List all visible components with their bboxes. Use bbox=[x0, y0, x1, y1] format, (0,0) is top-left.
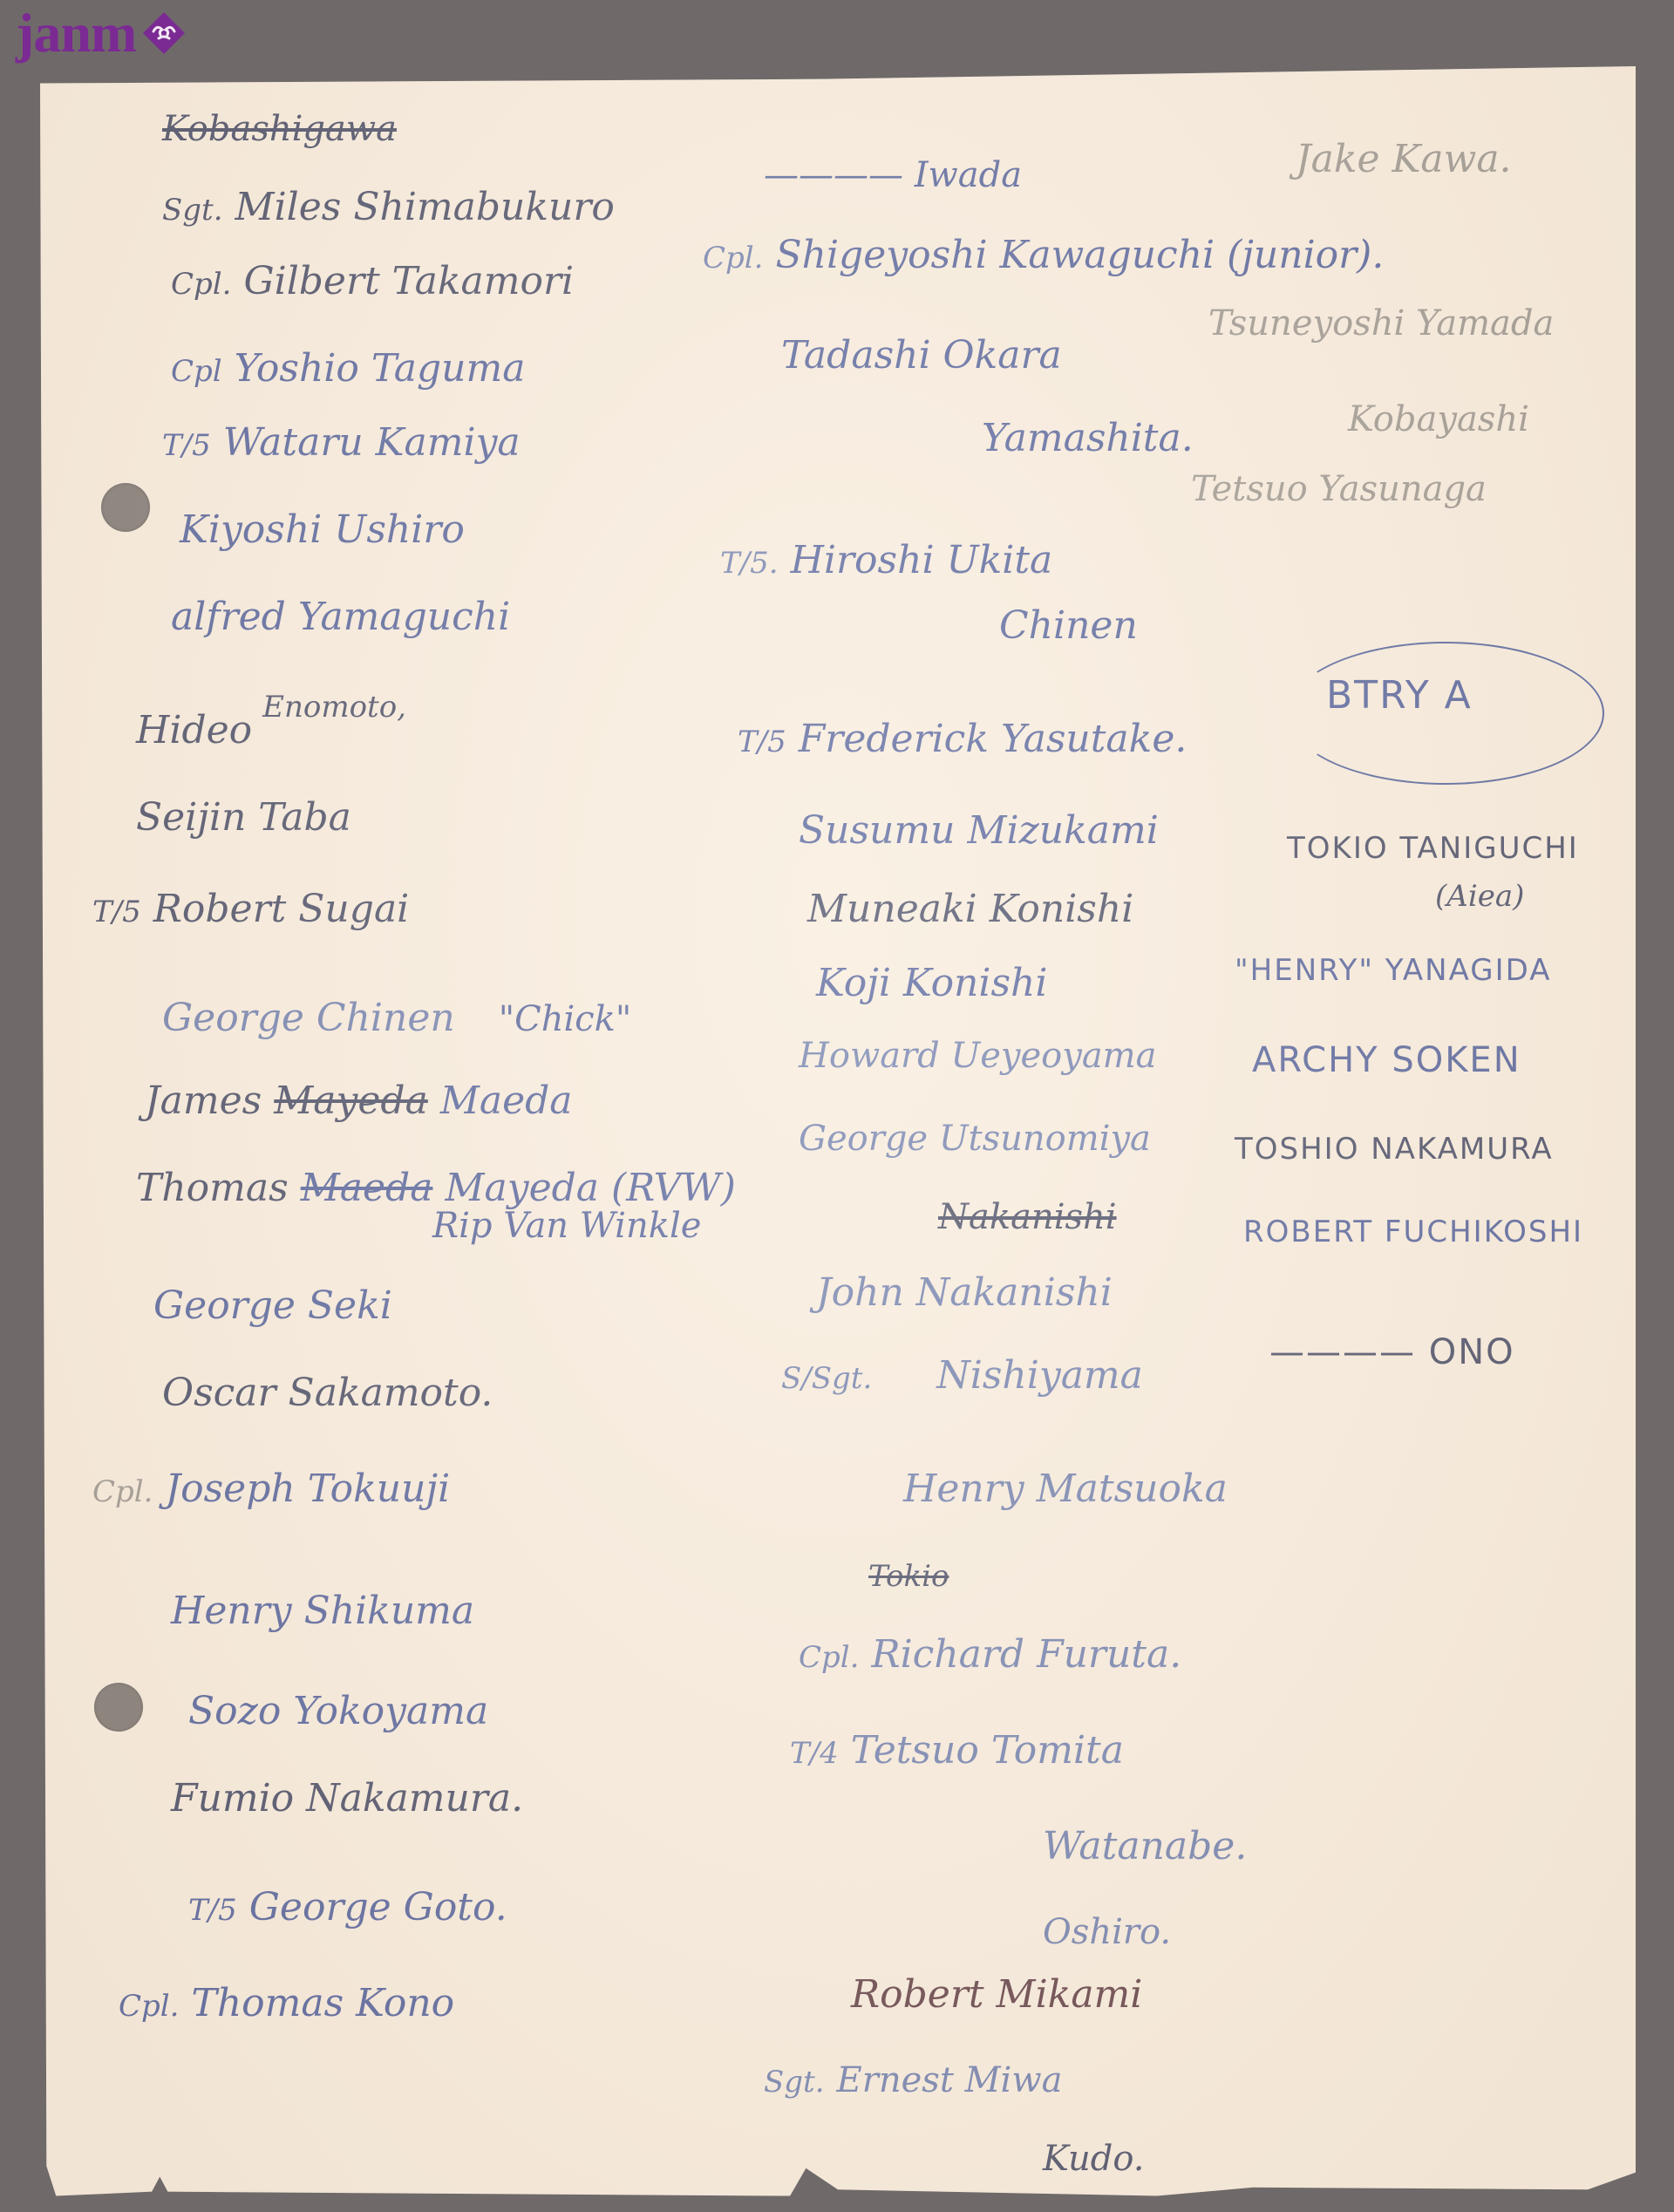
rank-text: T/5 bbox=[162, 428, 211, 463]
name-entry: TOKIO TANIGUCHI bbox=[1287, 834, 1579, 863]
name-text: Tsuneyoshi Yamada bbox=[1208, 303, 1554, 344]
rank-text: Sgt. bbox=[764, 2065, 825, 2100]
name-text: Chinen bbox=[999, 603, 1138, 648]
battery-label: BTRY A bbox=[1326, 677, 1473, 715]
name-entry: Tokio bbox=[868, 1562, 949, 1591]
name-entry: Henry Matsuoka bbox=[903, 1470, 1228, 1508]
name-entry: Oscar Sakamoto. bbox=[162, 1374, 493, 1412]
name-entry: Kudo. bbox=[1043, 2141, 1144, 2176]
name-entry: John Nakanishi bbox=[816, 1274, 1113, 1312]
name-entry: ARCHY SOKEN bbox=[1252, 1043, 1521, 1078]
name-entry: George Utsunomiya bbox=[799, 1121, 1151, 1156]
name-text: Kiyoshi Ushiro bbox=[180, 507, 465, 552]
rank-text: Cpl. bbox=[703, 241, 763, 276]
name-text: George Chinen bbox=[162, 996, 455, 1040]
nickname-text: "Chick" bbox=[499, 999, 632, 1039]
name-entry: T/5Wataru Kamiya bbox=[162, 424, 521, 462]
name-text: Howard Ueyeoyama bbox=[799, 1036, 1156, 1076]
document-page: Kobashigawa Sgt.Miles Shimabukuro Cpl.Gi… bbox=[40, 66, 1636, 2198]
name-text: ———— Iwada bbox=[764, 155, 1022, 195]
name-entry: T/5Robert Sugai bbox=[92, 890, 409, 929]
correction-text: Mayeda (RVW) bbox=[445, 1166, 735, 1210]
name-entry: Cpl.Richard Furuta. bbox=[799, 1636, 1181, 1674]
name-text: Joseph Tokuuji bbox=[165, 1467, 450, 1511]
name-entry: Henry Shikuma bbox=[171, 1592, 474, 1630]
name-entry: Watanabe. bbox=[1043, 1827, 1247, 1866]
surname-text: Enomoto, bbox=[262, 690, 406, 725]
name-text: Jake Kawa. bbox=[1296, 137, 1512, 181]
name-entry: Muneaki Konishi bbox=[807, 890, 1133, 929]
name-entry: Susumu Mizukami bbox=[799, 812, 1159, 850]
name-text: James bbox=[145, 1079, 262, 1123]
name-entry: Kiyoshi Ushiro bbox=[180, 511, 465, 549]
name-entry: HideoEnomoto, bbox=[136, 711, 406, 750]
name-text: Frederick Yasutake. bbox=[799, 717, 1187, 761]
name-text: Kobashigawa bbox=[162, 109, 397, 149]
rank-text: T/5. bbox=[720, 546, 779, 581]
name-entry: ———— Iwada bbox=[764, 158, 1022, 193]
name-text: Tokio bbox=[868, 1559, 949, 1594]
name-text: Hideo bbox=[136, 708, 252, 752]
name-text: ———— ONO bbox=[1269, 1332, 1515, 1372]
name-entry: TOSHIO NAKAMURA bbox=[1235, 1134, 1554, 1164]
name-entry: T/4Tetsuo Tomita bbox=[790, 1732, 1124, 1770]
name-text: Kobayashi bbox=[1348, 399, 1529, 439]
name-entry: Cpl.Gilbert Takamori bbox=[171, 262, 574, 301]
name-entry: Fumio Nakamura. bbox=[171, 1780, 523, 1818]
name-entry: alfred Yamaguchi bbox=[171, 598, 510, 636]
hole-punch bbox=[101, 483, 150, 532]
name-text: Watanabe. bbox=[1043, 1824, 1247, 1868]
rank-text: Cpl. bbox=[799, 1640, 859, 1675]
name-entry: ROBERT FUCHIKOSHI bbox=[1243, 1217, 1583, 1247]
name-text: Wataru Kamiya bbox=[223, 420, 521, 465]
name-text: Yoshio Taguma bbox=[235, 346, 526, 391]
name-text: Koji Konishi bbox=[816, 961, 1047, 1005]
name-entry: Cpl.Shigeyoshi Kawaguchi (junior). bbox=[703, 236, 1384, 275]
rank-text: T/4 bbox=[790, 1736, 839, 1771]
name-text: George Goto. bbox=[249, 1885, 507, 1930]
name-entry: T/5.Hiroshi Ukita bbox=[720, 541, 1052, 580]
rank-text: T/5 bbox=[738, 725, 786, 759]
name-entry: Sozo Yokoyama bbox=[188, 1692, 488, 1731]
name-entry: James Mayeda Maeda bbox=[145, 1082, 573, 1120]
name-entry: Tetsuo Yasunaga bbox=[1191, 472, 1487, 507]
rank-text: S/Sgt. bbox=[781, 1361, 872, 1396]
name-text: Tetsuo Tomita bbox=[851, 1728, 1124, 1773]
name-entry: S/Sgt.Nishiyama bbox=[781, 1357, 1143, 1395]
struck-text: Maeda bbox=[301, 1166, 433, 1210]
location-note: (Aiea) bbox=[1435, 881, 1524, 911]
logo-text: janm bbox=[16, 5, 136, 61]
name-text: Muneaki Konishi bbox=[807, 887, 1133, 931]
name-text: ROBERT FUCHIKOSHI bbox=[1243, 1215, 1583, 1249]
name-text: Nishiyama bbox=[936, 1353, 1143, 1398]
rank-text: T/5 bbox=[92, 895, 141, 929]
name-entry: Oshiro. bbox=[1043, 1915, 1171, 1950]
name-entry: Jake Kawa. bbox=[1296, 140, 1512, 179]
name-text: Nakanishi bbox=[938, 1197, 1117, 1237]
name-text: Hiroshi Ukita bbox=[791, 538, 1053, 582]
rank-text: Cpl. bbox=[119, 1989, 179, 2024]
name-entry: George Chinen"Chick" bbox=[162, 999, 631, 1038]
name-entry: CplYoshio Taguma bbox=[171, 350, 525, 388]
name-entry: Sgt.Miles Shimabukuro bbox=[162, 188, 615, 227]
name-entry: Nakanishi bbox=[938, 1200, 1117, 1235]
name-text: Oscar Sakamoto. bbox=[162, 1371, 493, 1415]
name-text: Richard Furuta. bbox=[871, 1632, 1181, 1677]
name-text: TOSHIO NAKAMURA bbox=[1235, 1132, 1554, 1167]
name-text: Seijin Taba bbox=[136, 795, 351, 840]
name-text: Henry Matsuoka bbox=[903, 1467, 1228, 1511]
name-entry: Thomas Maeda Mayeda (RVW) bbox=[136, 1169, 736, 1208]
name-text: Robert Sugai bbox=[153, 887, 409, 931]
name-entry: Koji Konishi bbox=[816, 964, 1047, 1003]
name-entry: T/5Frederick Yasutake. bbox=[738, 720, 1187, 759]
name-text: Henry Shikuma bbox=[171, 1589, 474, 1633]
name-entry: Kobayashi bbox=[1348, 402, 1529, 437]
name-text: BTRY A bbox=[1326, 673, 1473, 718]
nickname-text: Rip Van Winkle bbox=[432, 1208, 701, 1243]
first-name-text: Robert Mikami bbox=[851, 1972, 1142, 2017]
name-entry: Chinen bbox=[999, 607, 1138, 645]
name-text: John Nakanishi bbox=[816, 1270, 1113, 1315]
rank-text: Cpl bbox=[171, 354, 222, 389]
name-text: Shigeyoshi Kawaguchi (junior). bbox=[775, 233, 1384, 277]
name-text: Susumu Mizukami bbox=[799, 808, 1159, 853]
hole-punch bbox=[94, 1683, 143, 1732]
struck-text: Mayeda bbox=[274, 1079, 428, 1123]
name-text: Thomas Kono bbox=[191, 1981, 454, 2025]
name-entry: Cpl.Thomas Kono bbox=[119, 1984, 454, 2023]
name-entry: Sgt.Ernest Miwa bbox=[764, 2063, 1062, 2098]
name-text: "HENRY" YANAGIDA bbox=[1235, 953, 1551, 988]
name-text: Sozo Yokoyama bbox=[188, 1689, 488, 1733]
name-text: Tetsuo Yasunaga bbox=[1191, 469, 1487, 509]
janm-diamond-crest-icon bbox=[141, 10, 187, 56]
name-entry: Howard Ueyeoyama bbox=[799, 1038, 1156, 1073]
name-text: alfred Yamaguchi bbox=[171, 595, 510, 639]
name-entry: Kobashigawa bbox=[162, 112, 397, 146]
name-text: Yamashita. bbox=[982, 416, 1194, 460]
name-text: George Utsunomiya bbox=[799, 1119, 1151, 1159]
name-entry: Seijin Taba bbox=[136, 799, 351, 837]
name-text: Gilbert Takamori bbox=[243, 259, 574, 303]
name-text: Fumio Nakamura. bbox=[171, 1776, 523, 1821]
rank-text: Cpl. bbox=[171, 267, 231, 302]
name-entry: T/5George Goto. bbox=[188, 1889, 507, 1927]
name-entry: Robert Mikami bbox=[851, 1976, 1142, 2014]
name-entry: Tadashi Okara bbox=[781, 337, 1062, 375]
name-text: Miles Shimabukuro bbox=[235, 185, 615, 229]
name-text: Kudo. bbox=[1043, 2139, 1144, 2179]
name-entry: George Seki bbox=[153, 1287, 392, 1325]
rank-text: T/5 bbox=[188, 1893, 237, 1928]
rank-text: Sgt. bbox=[162, 193, 223, 228]
rank-text: Cpl. bbox=[92, 1474, 153, 1509]
name-text: Ernest Miwa bbox=[837, 2060, 1063, 2100]
name-entry: Yamashita. bbox=[982, 419, 1194, 458]
name-text: George Seki bbox=[153, 1283, 392, 1328]
name-entry: "HENRY" YANAGIDA bbox=[1235, 956, 1551, 985]
name-entry: Cpl.Joseph Tokuuji bbox=[92, 1470, 450, 1508]
correction-text: Maeda bbox=[440, 1079, 573, 1123]
name-entry: ———— ONO bbox=[1269, 1335, 1515, 1370]
name-text: Tadashi Okara bbox=[781, 333, 1062, 378]
name-text: ARCHY SOKEN bbox=[1252, 1040, 1521, 1080]
name-text: Thomas bbox=[136, 1166, 289, 1210]
janm-logo: janm bbox=[16, 5, 187, 61]
name-text: TOKIO TANIGUCHI bbox=[1287, 831, 1579, 866]
name-text: Oshiro. bbox=[1043, 1912, 1171, 1952]
name-entry: Tsuneyoshi Yamada bbox=[1208, 306, 1554, 341]
